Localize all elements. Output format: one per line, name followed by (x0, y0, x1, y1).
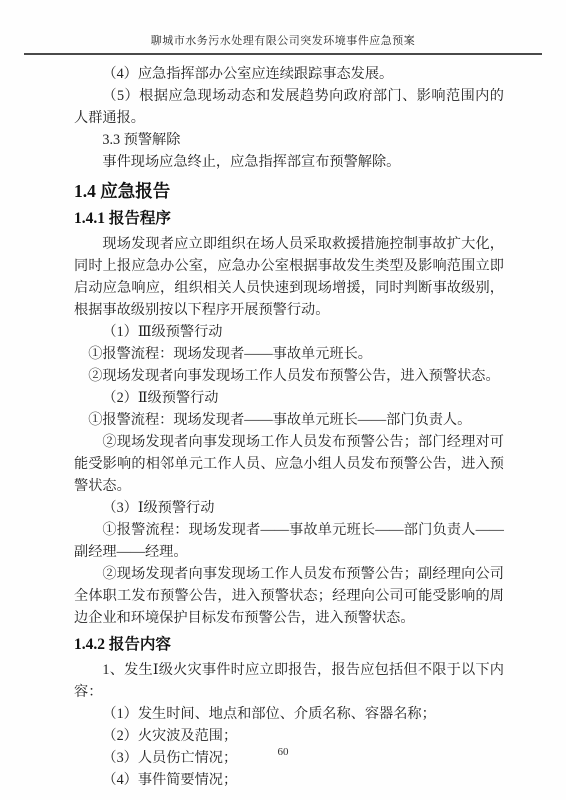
item-level1-flow: ①报警流程：现场发现者——事故单元班长——部门负责人——副经理——经理。 (74, 519, 504, 563)
report-item-4: （4）事件简要情况； (74, 769, 504, 791)
page-footer: 60 (0, 746, 566, 758)
report-item-2: （2）火灾波及范围； (74, 725, 504, 747)
item-level3-notice: ②现场发现者向事发现场工作人员发布预警公告，进入预警状态。 (74, 365, 504, 387)
item-level3-flow: ①报警流程：现场发现者——事故单元班长。 (74, 343, 504, 365)
document-page: 聊城市水务污水处理有限公司突发环境事件应急预案 （4）应急指挥部办公室应连续跟踪… (0, 0, 566, 800)
item-level2-flow: ①报警流程：现场发现者——事故单元班长——部门负责人。 (74, 409, 504, 431)
page-number: 60 (278, 746, 289, 758)
list-item-5: （5）根据应急现场动态和发展趋势向政府部门、影响范围内的人群通报。 (74, 85, 504, 129)
document-body: （4）应急指挥部办公室应连续跟踪事态发展。 （5）根据应急现场动态和发展趋势向政… (0, 55, 566, 791)
heading-1-4-1: 1.4.1 报告程序 (74, 208, 504, 229)
heading-1-4: 1.4 应急报告 (74, 179, 504, 203)
item-level1-warning-title: （3）Ⅰ级预警行动 (74, 497, 504, 519)
item-level1-notice: ②现场发现者向事发现场工作人员发布预警公告；副经理向公司全体职工发布预警公告，进… (74, 563, 504, 629)
paragraph-warning-release: 事件现场应急终止，应急指挥部宣布预警解除。 (74, 151, 504, 173)
header-title: 聊城市水务污水处理有限公司突发环境事件应急预案 (151, 35, 416, 47)
paragraph-report-procedure: 现场发现者应立即组织在场人员采取救援措施控制事故扩大化，同时上报应急办公室，应急… (74, 233, 504, 321)
list-item-4: （4）应急指挥部办公室应连续跟踪事态发展。 (74, 63, 504, 85)
report-item-1: （1）发生时间、地点和部位、介质名称、容器名称； (74, 703, 504, 725)
page-header: 聊城市水务污水处理有限公司突发环境事件应急预案 (0, 0, 566, 48)
item-level2-notice: ②现场发现者向事发现场工作人员发布预警公告；部门经理对可能受影响的相邻单元工作人… (74, 431, 504, 497)
report-content-intro: 1、发生Ⅰ级火灾事件时应立即报告，报告应包括但不限于以下内容： (74, 659, 504, 703)
section-3-3-heading: 3.3 预警解除 (74, 129, 504, 151)
item-level3-warning-title: （1）Ⅲ级预警行动 (74, 321, 504, 343)
item-level2-warning-title: （2）Ⅱ级预警行动 (74, 387, 504, 409)
heading-1-4-2: 1.4.2 报告内容 (74, 634, 504, 655)
